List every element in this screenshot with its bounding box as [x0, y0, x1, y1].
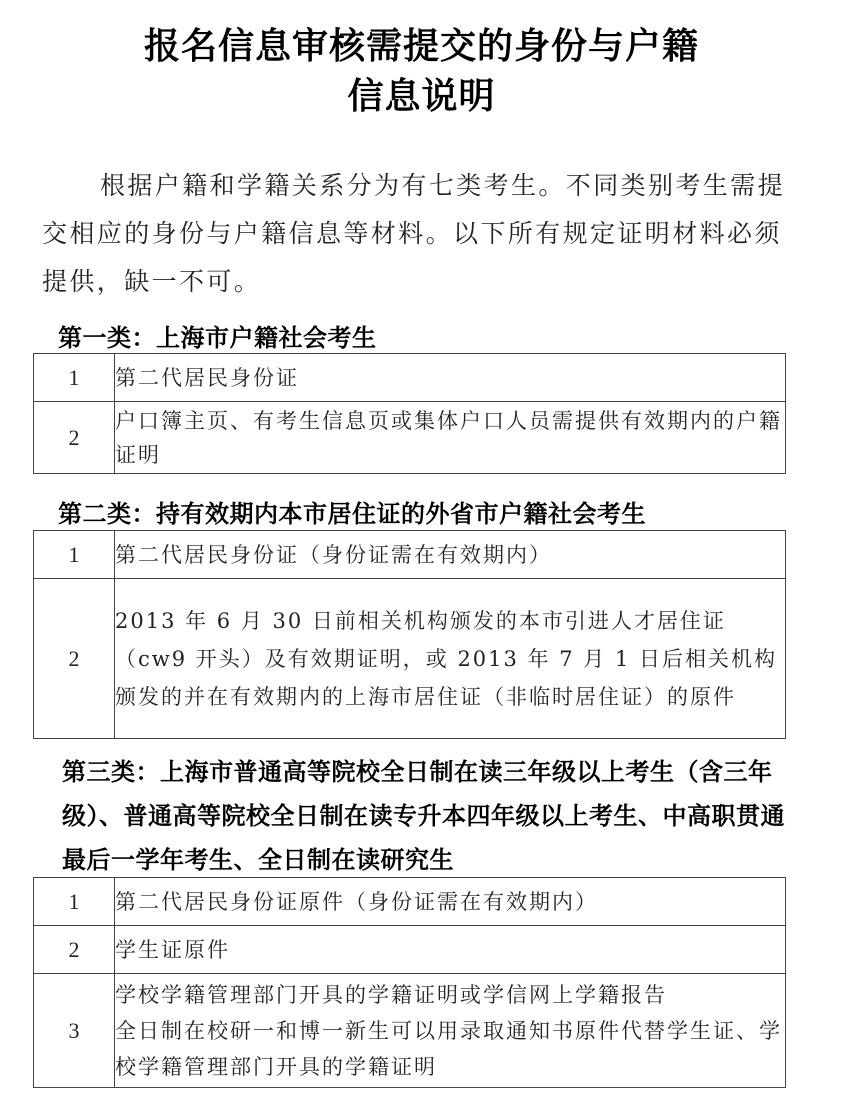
row-text: 第二代居民身份证原件（身份证需在有效期内） [115, 878, 786, 926]
table-row: 1 第二代居民身份证原件（身份证需在有效期内） [34, 878, 786, 926]
row-text: 2013 年 6 月 30 日前相关机构颁发的本市引进人才居住证（cw9 开头）… [115, 579, 786, 739]
category-1-table: 1 第二代居民身份证 2 户口簿主页、有考生信息页或集体户口人员需提供有效期内的… [33, 353, 786, 474]
category-2-heading: 第二类：持有效期内本市居住证的外省市户籍社会考生 [58, 494, 646, 529]
row-number: 2 [34, 926, 115, 974]
intro-paragraph: 根据户籍和学籍关系分为有七类考生。不同类别考生需提交相应的身份与户籍信息等材料。… [42, 162, 802, 306]
category-3-table: 1 第二代居民身份证原件（身份证需在有效期内） 2 学生证原件 3 学校学籍管理… [33, 877, 786, 1088]
row-text-line-2: 全日制在校研一和博一新生可以用录取通知书原件代替学生证、学校学籍管理部门开具的学… [115, 1013, 785, 1085]
table-row: 2 学生证原件 [34, 926, 786, 974]
row-number: 2 [34, 402, 115, 474]
row-text: 学生证原件 [115, 926, 786, 974]
row-text: 学校学籍管理部门开具的学籍证明或学信网上学籍报告 全日制在校研一和博一新生可以用… [115, 974, 786, 1088]
row-number: 2 [34, 579, 115, 739]
row-text: 第二代居民身份证 [115, 354, 786, 402]
document-title-line-1: 报名信息审核需提交的身份与户籍 [0, 22, 843, 70]
row-number: 1 [34, 531, 115, 579]
category-2-table: 1 第二代居民身份证（身份证需在有效期内） 2 2013 年 6 月 30 日前… [33, 530, 786, 739]
row-number: 1 [34, 878, 115, 926]
row-text: 户口簿主页、有考生信息页或集体户口人员需提供有效期内的户籍证明 [115, 402, 786, 474]
document-title-line-2: 信息说明 [0, 72, 843, 120]
row-number: 1 [34, 354, 115, 402]
row-text-line-1: 学校学籍管理部门开具的学籍证明或学信网上学籍报告 [115, 977, 785, 1013]
table-row: 2 户口簿主页、有考生信息页或集体户口人员需提供有效期内的户籍证明 [34, 402, 786, 474]
category-3-heading: 第三类：上海市普通高等院校全日制在读三年级以上考生（含三年级）、普通高等院校全日… [62, 750, 802, 882]
row-number: 3 [34, 974, 115, 1088]
row-text: 第二代居民身份证（身份证需在有效期内） [115, 531, 786, 579]
table-row: 1 第二代居民身份证（身份证需在有效期内） [34, 531, 786, 579]
category-1-heading: 第一类：上海市户籍社会考生 [58, 318, 377, 353]
table-row: 1 第二代居民身份证 [34, 354, 786, 402]
table-row: 2 2013 年 6 月 30 日前相关机构颁发的本市引进人才居住证（cw9 开… [34, 579, 786, 739]
table-row: 3 学校学籍管理部门开具的学籍证明或学信网上学籍报告 全日制在校研一和博一新生可… [34, 974, 786, 1088]
